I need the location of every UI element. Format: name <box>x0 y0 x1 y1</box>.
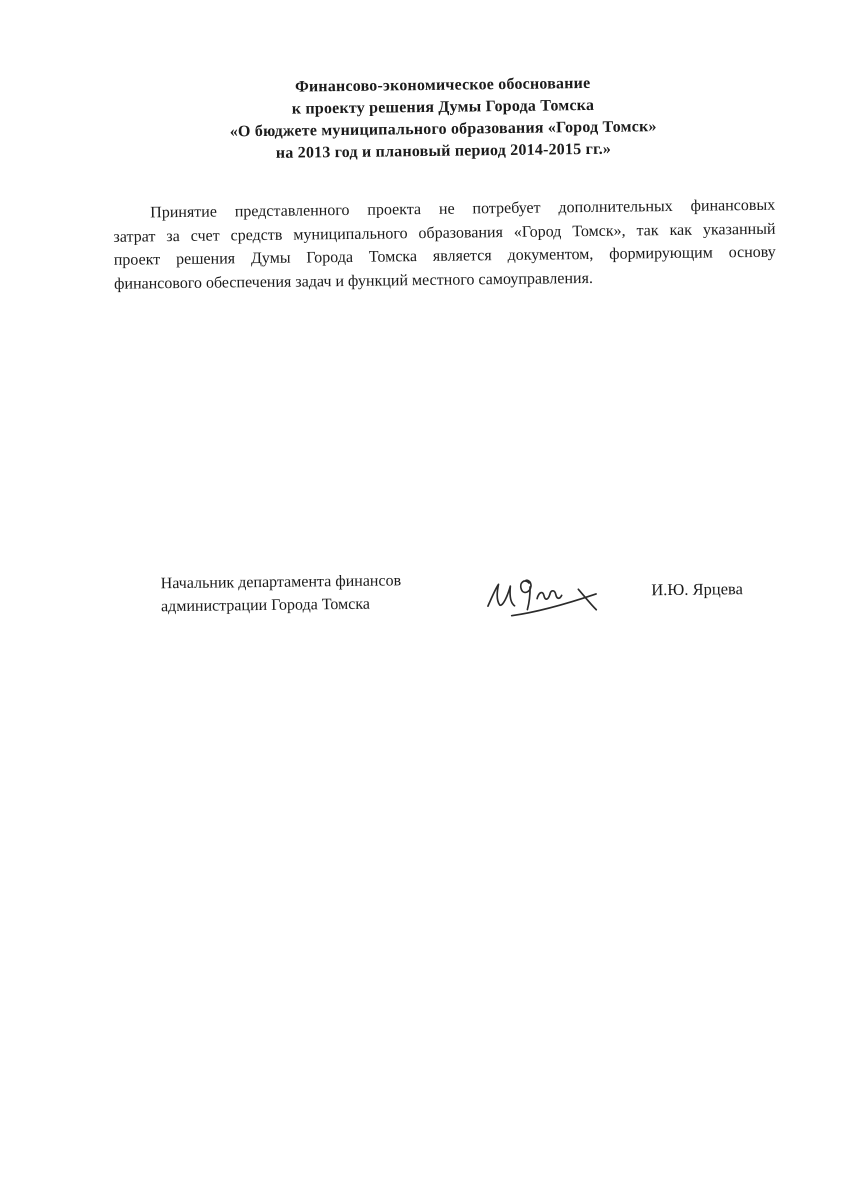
position-line-1: Начальник департамента финансов <box>161 570 441 596</box>
signatory-position: Начальник департамента финансов админист… <box>161 570 442 618</box>
position-line-2: администрации Города Томска <box>161 592 441 618</box>
document-title: Финансово-экономическое обоснование к пр… <box>112 71 775 167</box>
document-page: Финансово-экономическое обоснование к пр… <box>0 0 850 1192</box>
signatory-name: И.Ю. Ярцева <box>651 579 743 600</box>
body-paragraph: Принятие представленного проекта не потр… <box>113 194 776 296</box>
scanned-content: Финансово-экономическое обоснование к пр… <box>0 0 850 1192</box>
handwritten-signature <box>482 574 611 622</box>
signature-block: Начальник департамента финансов админист… <box>161 566 744 625</box>
